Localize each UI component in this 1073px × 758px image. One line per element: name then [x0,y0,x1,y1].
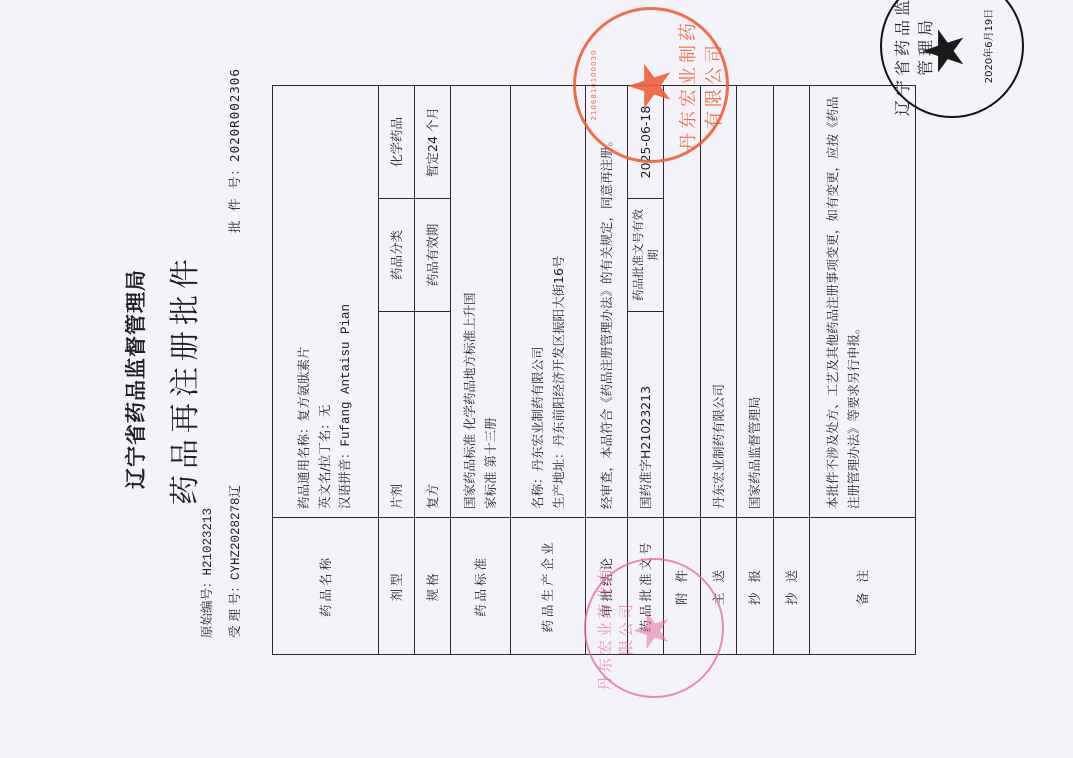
standard-line-1: 国家药品标准 化学药品地方标准上升国 [462,296,478,509]
approval-number-label: 批 件 号： [227,162,242,233]
report-to-label: 抄 报 [737,518,774,655]
acceptance-number-label: 受 理 号： [227,580,242,638]
conclusion-label: 审批结论 [586,518,628,655]
validity-label: 药品有效期 [415,199,450,312]
conclusion-value: 经审查，本品符合《药品注册管理办法》的有关规定，同意再注册。 [586,86,628,518]
approval-number-label-cell: 药品批准文号 [628,518,664,655]
row-remarks: 备 注 本批件不涉及处方、工艺及其他药品注册事项变更，如有变更，应按《药品 注册… [810,86,916,655]
agency-name: 辽宁省药品监督管理局 [120,0,150,758]
row-copy-to: 抄 送 [774,86,810,655]
standard-label: 药品标准 [451,518,511,655]
standard-cell: 国家药品标准 化学药品地方标准上升国 家标准 第十三册 [451,86,511,518]
original-number: 原始编号：H21023213 [197,508,215,638]
standard-line-2: 家标准 第十三册 [483,296,499,509]
remarks-label: 备 注 [810,518,916,655]
copy-to-value [774,86,810,518]
report-to-value: 国家药品监督管理局 [737,86,774,518]
approval-document: 辽宁省药品监督管理局 药品再注册批件 原始编号：H21023213 受 理 号：… [0,0,1073,758]
star-icon: ★ [912,26,977,76]
manufacturer-label: 药品生产企业 [511,518,586,655]
dosage-form-value: 片剂 [379,312,414,517]
row-report-to: 抄 报 国家药品监督管理局 [737,86,774,655]
specification-value: 复方 [415,312,450,517]
remarks-line-1: 本批件不涉及处方、工艺及其他药品注册事项变更，如有变更，应按《药品 [825,94,841,509]
attachment-value [664,86,701,518]
document-title: 药品再注册批件 [160,0,204,758]
category-label: 药品分类 [379,199,414,312]
approval-number-value-cell: 国药准字H21023213 [628,312,663,517]
row-manufacturer: 药品生产企业 名称：丹东宏业制药有限公司 生产地址：丹东前阳经济开发区振阳大街1… [511,86,586,655]
acceptance-number: 受 理 号：CYHZ2028278辽 [225,485,243,638]
english-name: 英文名/拉丁名：无 [317,94,333,509]
row-conclusion: 审批结论 经审查，本品符合《药品注册管理办法》的有关规定，同意再注册。 [586,86,628,655]
row-drug-name: 药品名称 药品通用名称：复方氨肽素片 英文名/拉丁名：无 汉语拼音：Fufang… [273,86,379,655]
original-number-value: H21023213 [201,508,215,576]
approval-expiry-label: 药品批准文号有效期 [628,199,663,312]
dosage-form-cell: 片剂 药品分类 化学药品 [379,86,415,518]
main-recipient-label: 主 送 [701,518,737,655]
acceptance-number-value: CYHZ2028278辽 [229,485,243,580]
generic-name: 药品通用名称：复方氨肽素片 [296,94,312,509]
drug-name-cell: 药品通用名称：复方氨肽素片 英文名/拉丁名：无 汉语拼音：Fufang Anta… [273,86,379,518]
main-recipient-value: 丹东宏业制药有限公司 [701,86,737,518]
row-dosage-form: 剂型 片剂 药品分类 化学药品 [379,86,415,655]
drug-name-label: 药品名称 [273,518,379,655]
agency-seal-date: 2020年6月19日 [980,0,995,116]
specification-cell: 复方 药品有效期 暂定24 个月 [415,86,451,518]
category-value: 化学药品 [379,86,414,199]
dosage-form-label: 剂型 [379,518,415,655]
original-number-label: 原始编号： [199,575,214,638]
manufacturer-name: 名称：丹东宏业制药有限公司 [530,94,546,509]
validity-value: 暂定24 个月 [415,86,450,199]
pinyin-name: 汉语拼音：Fufang Antaisu Pian [337,94,355,509]
row-approval-number: 药品批准文号 国药准字H21023213 药品批准文号有效期 2025-06-1… [628,86,664,655]
remarks-line-2: 注册管理办法》等要求另行申报。 [846,94,862,509]
manufacturer-address: 生产地址：丹东前阳经济开发区振阳大街16号 [551,94,567,509]
row-standard: 药品标准 国家药品标准 化学药品地方标准上升国 家标准 第十三册 [451,86,511,655]
approval-expiry-value: 2025-06-18 [628,86,663,199]
manufacturer-cell: 名称：丹东宏业制药有限公司 生产地址：丹东前阳经济开发区振阳大街16号 [511,86,586,518]
approval-number: 批 件 号：2020R002306 [225,68,243,233]
registration-table: 药品名称 药品通用名称：复方氨肽素片 英文名/拉丁名：无 汉语拼音：Fufang… [272,85,916,655]
row-main-recipient: 主 送 丹东宏业制药有限公司 [701,86,737,655]
row-specification: 规格 复方 药品有效期 暂定24 个月 [415,86,451,655]
remarks-cell: 本批件不涉及处方、工艺及其他药品注册事项变更，如有变更，应按《药品 注册管理办法… [810,86,916,518]
approval-number-value: 2020R002306 [227,68,242,162]
specification-label: 规格 [415,518,451,655]
attachment-label: 附 件 [664,518,701,655]
approval-number-cell: 国药准字H21023213 药品批准文号有效期 2025-06-18 [628,86,664,518]
row-attachment: 附 件 [664,86,701,655]
copy-to-label: 抄 送 [774,518,810,655]
